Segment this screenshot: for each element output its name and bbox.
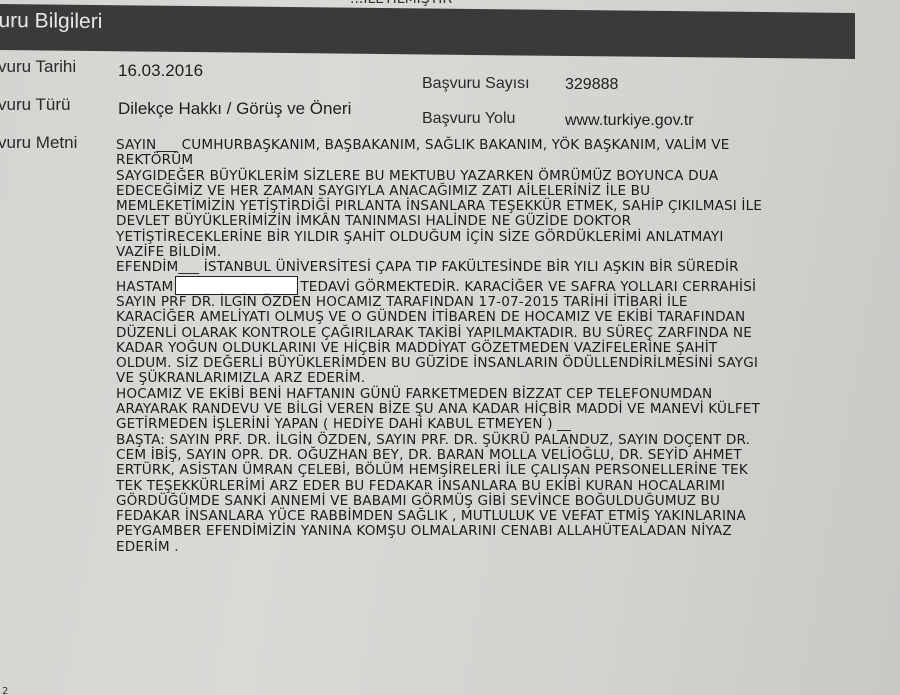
body-line: HOCAMIZ VE EKİBİ BENİ HAFTANIN GÜNÜ FARK… (116, 387, 876, 402)
body-line: GÖRDÜĞÜMDE SANKİ ANNEMİ VE BABAMI GÖRMÜŞ… (116, 494, 876, 509)
body-line: REKTÖRÜM (116, 153, 876, 168)
page-corner-mark: 2 (2, 686, 8, 695)
body-line: YETİŞTİRECEKLERİNE BİR YILDIR ŞAHİT OLDU… (116, 230, 876, 245)
body-line: EDECEĞİMİZ VE HER ZAMAN SAYGIYLA ANACAĞI… (116, 184, 876, 199)
section-title: vuru Bilgileri (0, 9, 102, 34)
body-line: SAYGIDEĞER BÜYÜKLERİM SİZLERE BU MEKTUBU… (116, 169, 876, 184)
application-date-value: 16.03.2016 (118, 61, 203, 81)
body-line: BAŞTA: SAYIN PRF. DR. İLGİN ÖZDEN, SAYIN… (116, 433, 876, 448)
application-channel-label: Başvuru Yolu (422, 110, 515, 128)
body-line: DÜZENLİ OLARAK KONTROLE ÇAĞIRILARAK TAKİ… (116, 326, 876, 341)
body-line: ERTÜRK, ASİSTAN ÜMRAN ÇELEBİ, BÖLÜM HEMŞ… (116, 463, 876, 478)
section-header-bar: vuru Bilgileri (0, 4, 855, 59)
body-line: EFENDİM___ İSTANBUL ÜNİVERSİTESİ ÇAPA TI… (116, 260, 876, 275)
body-line-with-redaction: HASTAMTEDAVİ GÖRMEKTEDİR. KARACİĞER VE S… (116, 276, 876, 295)
application-text-label: vuru Metni (0, 133, 77, 153)
body-line: KADAR YOĞUN OLDUKLARINI VE HİÇBİR MADDİY… (116, 341, 876, 356)
application-count-label: Başvuru Sayısı (422, 75, 530, 93)
body-line: VE ŞÜKRANLARIMIZLA ARZ EDERİM. (116, 371, 876, 386)
application-type-label: vuru Türü (0, 95, 70, 115)
body-line: TEK TEŞEKKÜRLERİMİ ARZ EDER BU FEDAKAR İ… (116, 479, 876, 494)
body-line: KARACİĞER AMELİYATI OLMUŞ VE O GÜNDEN İT… (116, 310, 876, 325)
body-line: CEM İBİŞ, SAYIN OPR. DR. OĞUZHAN BEY, DR… (116, 448, 876, 463)
application-type-value: Dilekçe Hakkı / Görüş ve Öneri (118, 99, 351, 119)
application-channel-value: www.turkiye.gov.tr (565, 112, 694, 130)
application-count-value: 329888 (565, 76, 618, 94)
application-date-label: vuru Tarihi (0, 57, 76, 77)
body-line: DEVLET BÜYÜKLERİMİZİN İMKÂN TANINMASI HA… (116, 214, 876, 229)
body-line: PEYGAMBER EFENDİMİZİN YANINA KOMŞU OLMAL… (116, 524, 876, 539)
body-line: SAYIN___ CUMHURBAŞKANIM, BAŞBAKANIM, SAĞ… (116, 138, 876, 153)
application-body-text: SAYIN___ CUMHURBAŞKANIM, BAŞBAKANIM, SAĞ… (116, 138, 876, 555)
scanned-document-page: ...İLETİLMİŞTİR vuru Bilgileri vuru Tari… (0, 0, 900, 695)
redacted-name-box (175, 276, 298, 295)
body-line: SAYIN PRF DR. İLGİN ÖZDEN HOCAMIZ TARAFI… (116, 295, 876, 310)
body-line: EDERİM . (116, 540, 876, 555)
body-line: GETİRMEDEN İŞLERİNİ YAPAN ( HEDİYE DAHİ … (116, 417, 876, 432)
body-line-remainder: TEDAVİ GÖRMEKTEDİR. KARACİĞER VE SAFRA Y… (300, 279, 756, 295)
cut-off-header-text: ...İLETİLMİŞTİR (350, 0, 452, 7)
hastam-prefix: HASTAM (116, 279, 173, 295)
